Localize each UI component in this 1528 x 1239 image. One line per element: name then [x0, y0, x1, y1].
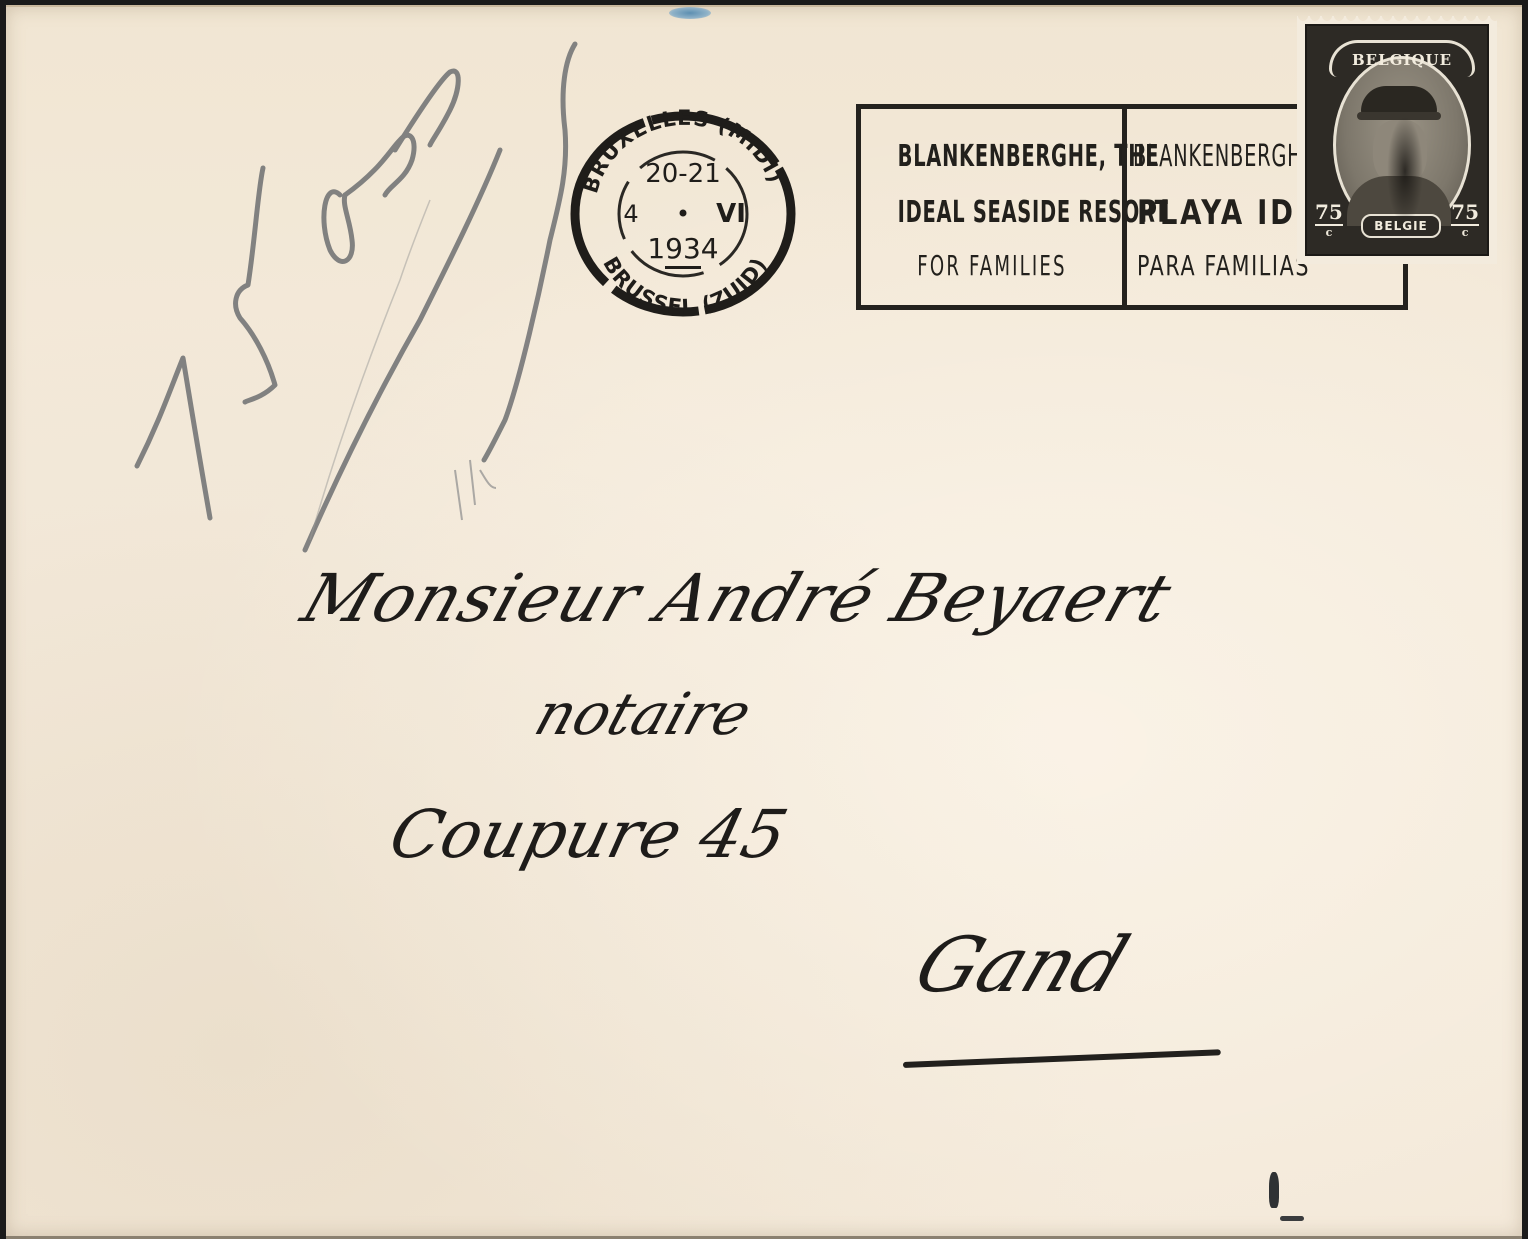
circular-postmark: BRUXELLES (MIDI) BRUSSEL (ZUID) 20-21 4 … [565, 108, 801, 320]
slogan-english-box: BLANKENBERGHE, THE IDEAL SEASIDE RESORT … [856, 104, 1123, 310]
slogan-english-line-3: FOR FAMILIES [898, 249, 1087, 282]
stamp-value-left: 75c [1315, 202, 1343, 238]
stamp-value-left-number: 75 [1315, 200, 1343, 224]
address-city: Gand [904, 920, 1140, 1009]
stamp-unit-left: c [1315, 224, 1343, 238]
slogan-english-line-2: IDEAL SEASIDE RESORT [898, 195, 1087, 230]
postmark-day: 4 [623, 200, 638, 228]
postmark-year: 1934 [647, 232, 718, 265]
stamp-cancel-smudge [1387, 116, 1423, 226]
stamp-value-right: 75c [1451, 202, 1479, 238]
stamp-unit-right: c [1451, 224, 1479, 238]
ink-blot [1269, 1172, 1279, 1208]
address-street: Coupure 45 [382, 796, 794, 873]
postage-stamp: BELGIQUE 75c 75c BELGIE [1297, 16, 1497, 264]
ink-blot-small [1280, 1216, 1304, 1221]
postmark-time: 20-21 [645, 159, 721, 189]
stamp-value-right-number: 75 [1451, 200, 1479, 224]
slogan-english-line-1: BLANKENBERGHE, THE [898, 139, 1087, 174]
address-name: Monsieur André Beyaert [293, 560, 1182, 637]
address-title: notaire [527, 680, 760, 748]
blue-ink-mark [669, 7, 711, 19]
stamp-frame: BELGIQUE 75c 75c BELGIE [1305, 24, 1489, 256]
postmark-month: VI [716, 199, 746, 229]
stamp-country-top: BELGIQUE [1329, 40, 1475, 77]
